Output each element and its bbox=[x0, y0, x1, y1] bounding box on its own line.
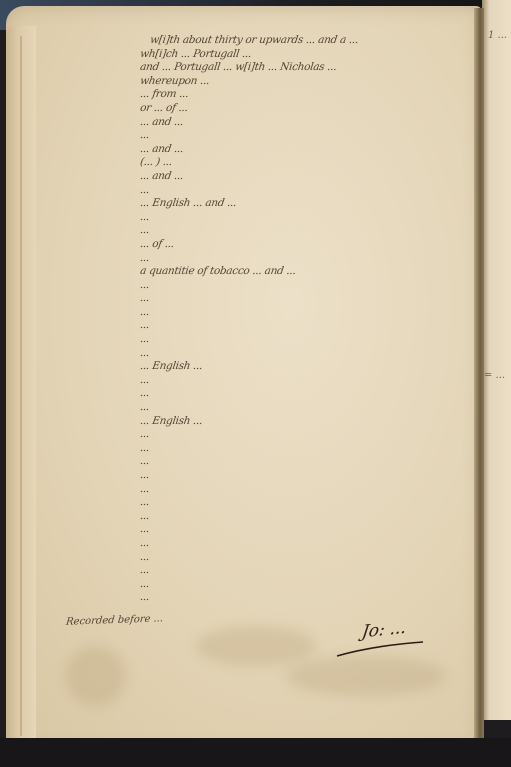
text-line: (... ) ... bbox=[139, 156, 479, 170]
text-line: whereupon ... bbox=[139, 75, 479, 89]
text-line: or ... of ... bbox=[139, 102, 479, 116]
facing-page: 1 ... = ... bbox=[482, 0, 511, 720]
text-line: and ... Portugall ... w[i]th ... Nichola… bbox=[139, 61, 479, 75]
text-line: ... English ... bbox=[139, 415, 479, 429]
text-line: ... English ... bbox=[139, 360, 479, 374]
text-line: ... bbox=[139, 279, 479, 293]
text-line: ... and ... bbox=[139, 116, 479, 130]
signature-flourish bbox=[335, 640, 425, 660]
text-line: ... English ... and ... bbox=[139, 197, 479, 211]
text-line: ... bbox=[139, 591, 479, 605]
text-line: ... bbox=[139, 129, 479, 143]
text-line: ... bbox=[139, 442, 479, 456]
water-stain bbox=[286, 656, 446, 696]
text-line: ... bbox=[139, 578, 479, 592]
text-line: ... of ... bbox=[139, 238, 479, 252]
text-line: ... bbox=[139, 564, 479, 578]
text-line: ... bbox=[139, 496, 479, 510]
text-line: ... bbox=[139, 428, 479, 442]
text-line: ... bbox=[139, 469, 479, 483]
text-line: wh[i]ch ... Portugall ... bbox=[139, 48, 479, 62]
text-line: ... from ... bbox=[139, 88, 479, 102]
text-line: ... bbox=[139, 347, 479, 361]
text-line: ... bbox=[139, 184, 479, 198]
text-line: ... bbox=[139, 306, 479, 320]
page-edge-line bbox=[20, 36, 22, 736]
text-line: ... and ... bbox=[139, 143, 479, 157]
text-line: ... bbox=[139, 387, 479, 401]
text-line: ... bbox=[139, 483, 479, 497]
text-line: ... bbox=[139, 224, 479, 238]
background-bottom bbox=[0, 738, 511, 767]
text-line: ... bbox=[139, 510, 479, 524]
text-line: ... bbox=[139, 537, 479, 551]
water-stain bbox=[196, 626, 316, 666]
text-line: ... bbox=[139, 333, 479, 347]
text-line: a quantitie of tobacco ... and ... bbox=[139, 265, 479, 279]
text-line: ... bbox=[139, 523, 479, 537]
water-stain bbox=[66, 646, 126, 706]
text-line: ... bbox=[139, 292, 479, 306]
text-line: ... bbox=[139, 551, 479, 565]
text-line: ... bbox=[139, 401, 479, 415]
text-line: ... bbox=[139, 455, 479, 469]
text-line: ... bbox=[139, 374, 479, 388]
text-line: ... bbox=[139, 211, 479, 225]
facing-page-note: = ... bbox=[484, 370, 505, 381]
facing-page-note: 1 ... bbox=[488, 30, 507, 41]
manuscript-text: w[i]th about thirty or upwards ... and a… bbox=[140, 34, 478, 605]
text-line: ... and ... bbox=[139, 170, 479, 184]
text-line: ... bbox=[139, 319, 479, 333]
text-line: w[i]th about thirty or upwards ... and a… bbox=[139, 34, 479, 48]
text-line: ... bbox=[139, 252, 479, 266]
